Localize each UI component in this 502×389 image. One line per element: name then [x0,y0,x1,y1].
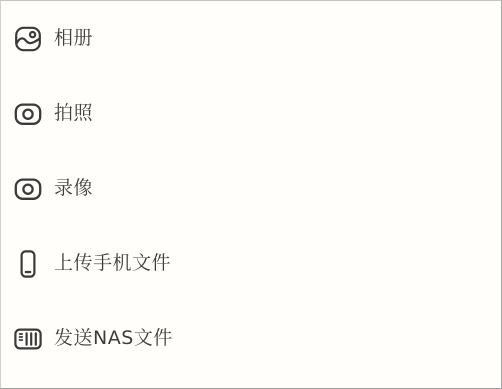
menu-item-record-video[interactable]: 录像 [1,151,501,226]
album-icon [13,24,43,54]
menu-item-label: 录像 [54,179,93,198]
menu-item-label: 上传手机文件 [54,254,171,273]
menu-item-upload-phone-file[interactable]: 上传手机文件 [1,226,501,301]
menu-item-send-nas-file[interactable]: 发送NAS文件 [1,301,501,376]
upload-options-menu: 相册 拍照 录像 [0,0,502,389]
menu-item-label: 相册 [54,29,93,48]
menu-item-label: 拍照 [54,104,93,123]
menu-list: 相册 拍照 录像 [1,1,501,376]
video-camera-icon [13,174,43,204]
nas-server-icon [13,324,43,354]
menu-item-take-photo[interactable]: 拍照 [1,76,501,151]
phone-icon [13,249,43,279]
menu-item-album[interactable]: 相册 [1,1,501,76]
menu-item-label: 发送NAS文件 [54,329,173,348]
camera-icon [13,99,43,129]
